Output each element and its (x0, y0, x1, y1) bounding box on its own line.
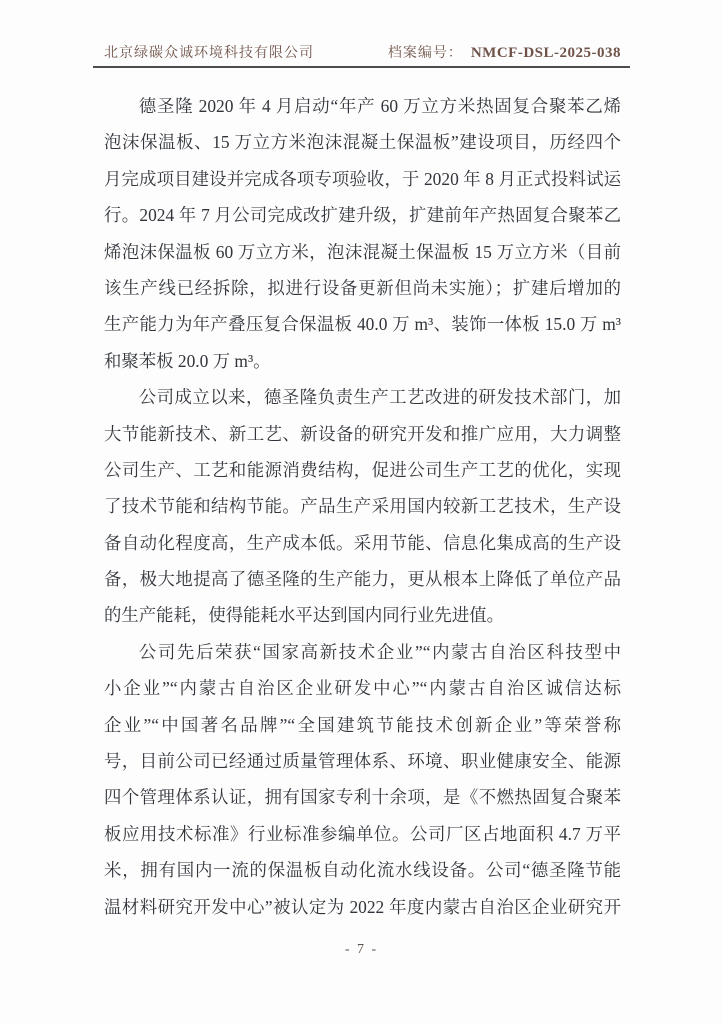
body-line: 生产能力为年产叠压复合保温板 40.0 万 m³、装饰一体板 15.0 万 m³ (104, 306, 621, 342)
body-line: 大节能新技术、新工艺、新设备的研究开发和推广应用，大力调整 (104, 416, 621, 452)
body-line: 公司生产、工艺和能源消费结构，促进公司生产工艺的优化，实现 (104, 452, 621, 488)
body-line: 的生产能耗，使得能耗水平达到国内同行业先进值。 (104, 597, 621, 633)
body-line: 公司成立以来，德圣隆负责生产工艺改进的研发技术部门，加 (104, 379, 621, 415)
body-line: 和聚苯板 20.0 万 m³。 (104, 343, 621, 379)
document-page: 北京绿碳众诚环境科技有限公司 档案编号：NMCF-DSL-2025-038 德圣… (0, 0, 723, 1024)
body-line: 行。2024 年 7 月公司完成改扩建升级，扩建前年产热固复合聚苯乙 (104, 197, 621, 233)
body-line: 了技术节能和结构节能。产品生产采用国内较新工艺技术，生产设 (104, 488, 621, 524)
body-line: 米，拥有国内一流的保温板自动化流水线设备。公司“德圣隆节能 (104, 852, 621, 888)
body-line: 德圣隆 2020 年 4 月启动“年产 60 万立方米热固复合聚苯乙烯 (104, 88, 621, 124)
header-archive: 档案编号：NMCF-DSL-2025-038 (388, 42, 621, 62)
header-archive-label: 档案编号： (388, 46, 463, 61)
paragraph: 公司先后荣获“国家高新技术企业”“内蒙古自治区科技型中小企业”“内蒙古自治区企业… (104, 634, 621, 925)
body-line: 烯泡沫保温板 60 万立方米，泡沫混凝土保温板 15 万立方米（目前 (104, 234, 621, 270)
page-footer: - 7 - (0, 940, 723, 960)
body-line: 号，目前公司已经通过质量管理体系、环境、职业健康安全、能源 (104, 743, 621, 779)
body-line: 板应用技术标准》行业标准参编单位。公司厂区占地面积 4.7 万平方 (104, 816, 621, 852)
body-line: 月完成项目建设并完成各项专项验收，于 2020 年 8 月正式投料试运 (104, 161, 621, 197)
body-line: 该生产线已经拆除，拟进行设备更新但尚未实施）；扩建后增加的 (104, 270, 621, 306)
page-number: - 7 - (345, 942, 378, 957)
paragraph: 德圣隆 2020 年 4 月启动“年产 60 万立方米热固复合聚苯乙烯泡沫保温板… (104, 88, 621, 379)
body-line: 企业”“中国著名品牌”“全国建筑节能技术创新企业”等荣誉称 (104, 707, 621, 743)
header-company: 北京绿碳众诚环境科技有限公司 (104, 42, 314, 62)
body-line: 温材料研究开发中心”被认定为 2022 年度内蒙古自治区企业研究开 (104, 889, 621, 925)
header-archive-number: NMCF-DSL-2025-038 (471, 45, 621, 61)
body-line: 四个管理体系认证，拥有国家专利十余项，是《不燃热固复合聚苯 (104, 779, 621, 815)
paragraph: 公司成立以来，德圣隆负责生产工艺改进的研发技术部门，加大节能新技术、新工艺、新设… (104, 379, 621, 634)
header-rule (93, 66, 630, 68)
body-line: 备自动化程度高，生产成本低。采用节能、信息化集成高的生产设 (104, 525, 621, 561)
document-body: 德圣隆 2020 年 4 月启动“年产 60 万立方米热固复合聚苯乙烯泡沫保温板… (104, 88, 621, 925)
body-line: 备，极大地提高了德圣隆的生产能力，更从根本上降低了单位产品 (104, 561, 621, 597)
body-line: 小企业”“内蒙古自治区企业研发中心”“内蒙古自治区诚信达标 (104, 670, 621, 706)
body-line: 泡沫保温板、15 万立方米泡沫混凝土保温板”建设项目，历经四个 (104, 124, 621, 160)
body-line: 公司先后荣获“国家高新技术企业”“内蒙古自治区科技型中 (104, 634, 621, 670)
page-header: 北京绿碳众诚环境科技有限公司 档案编号：NMCF-DSL-2025-038 (104, 42, 621, 62)
